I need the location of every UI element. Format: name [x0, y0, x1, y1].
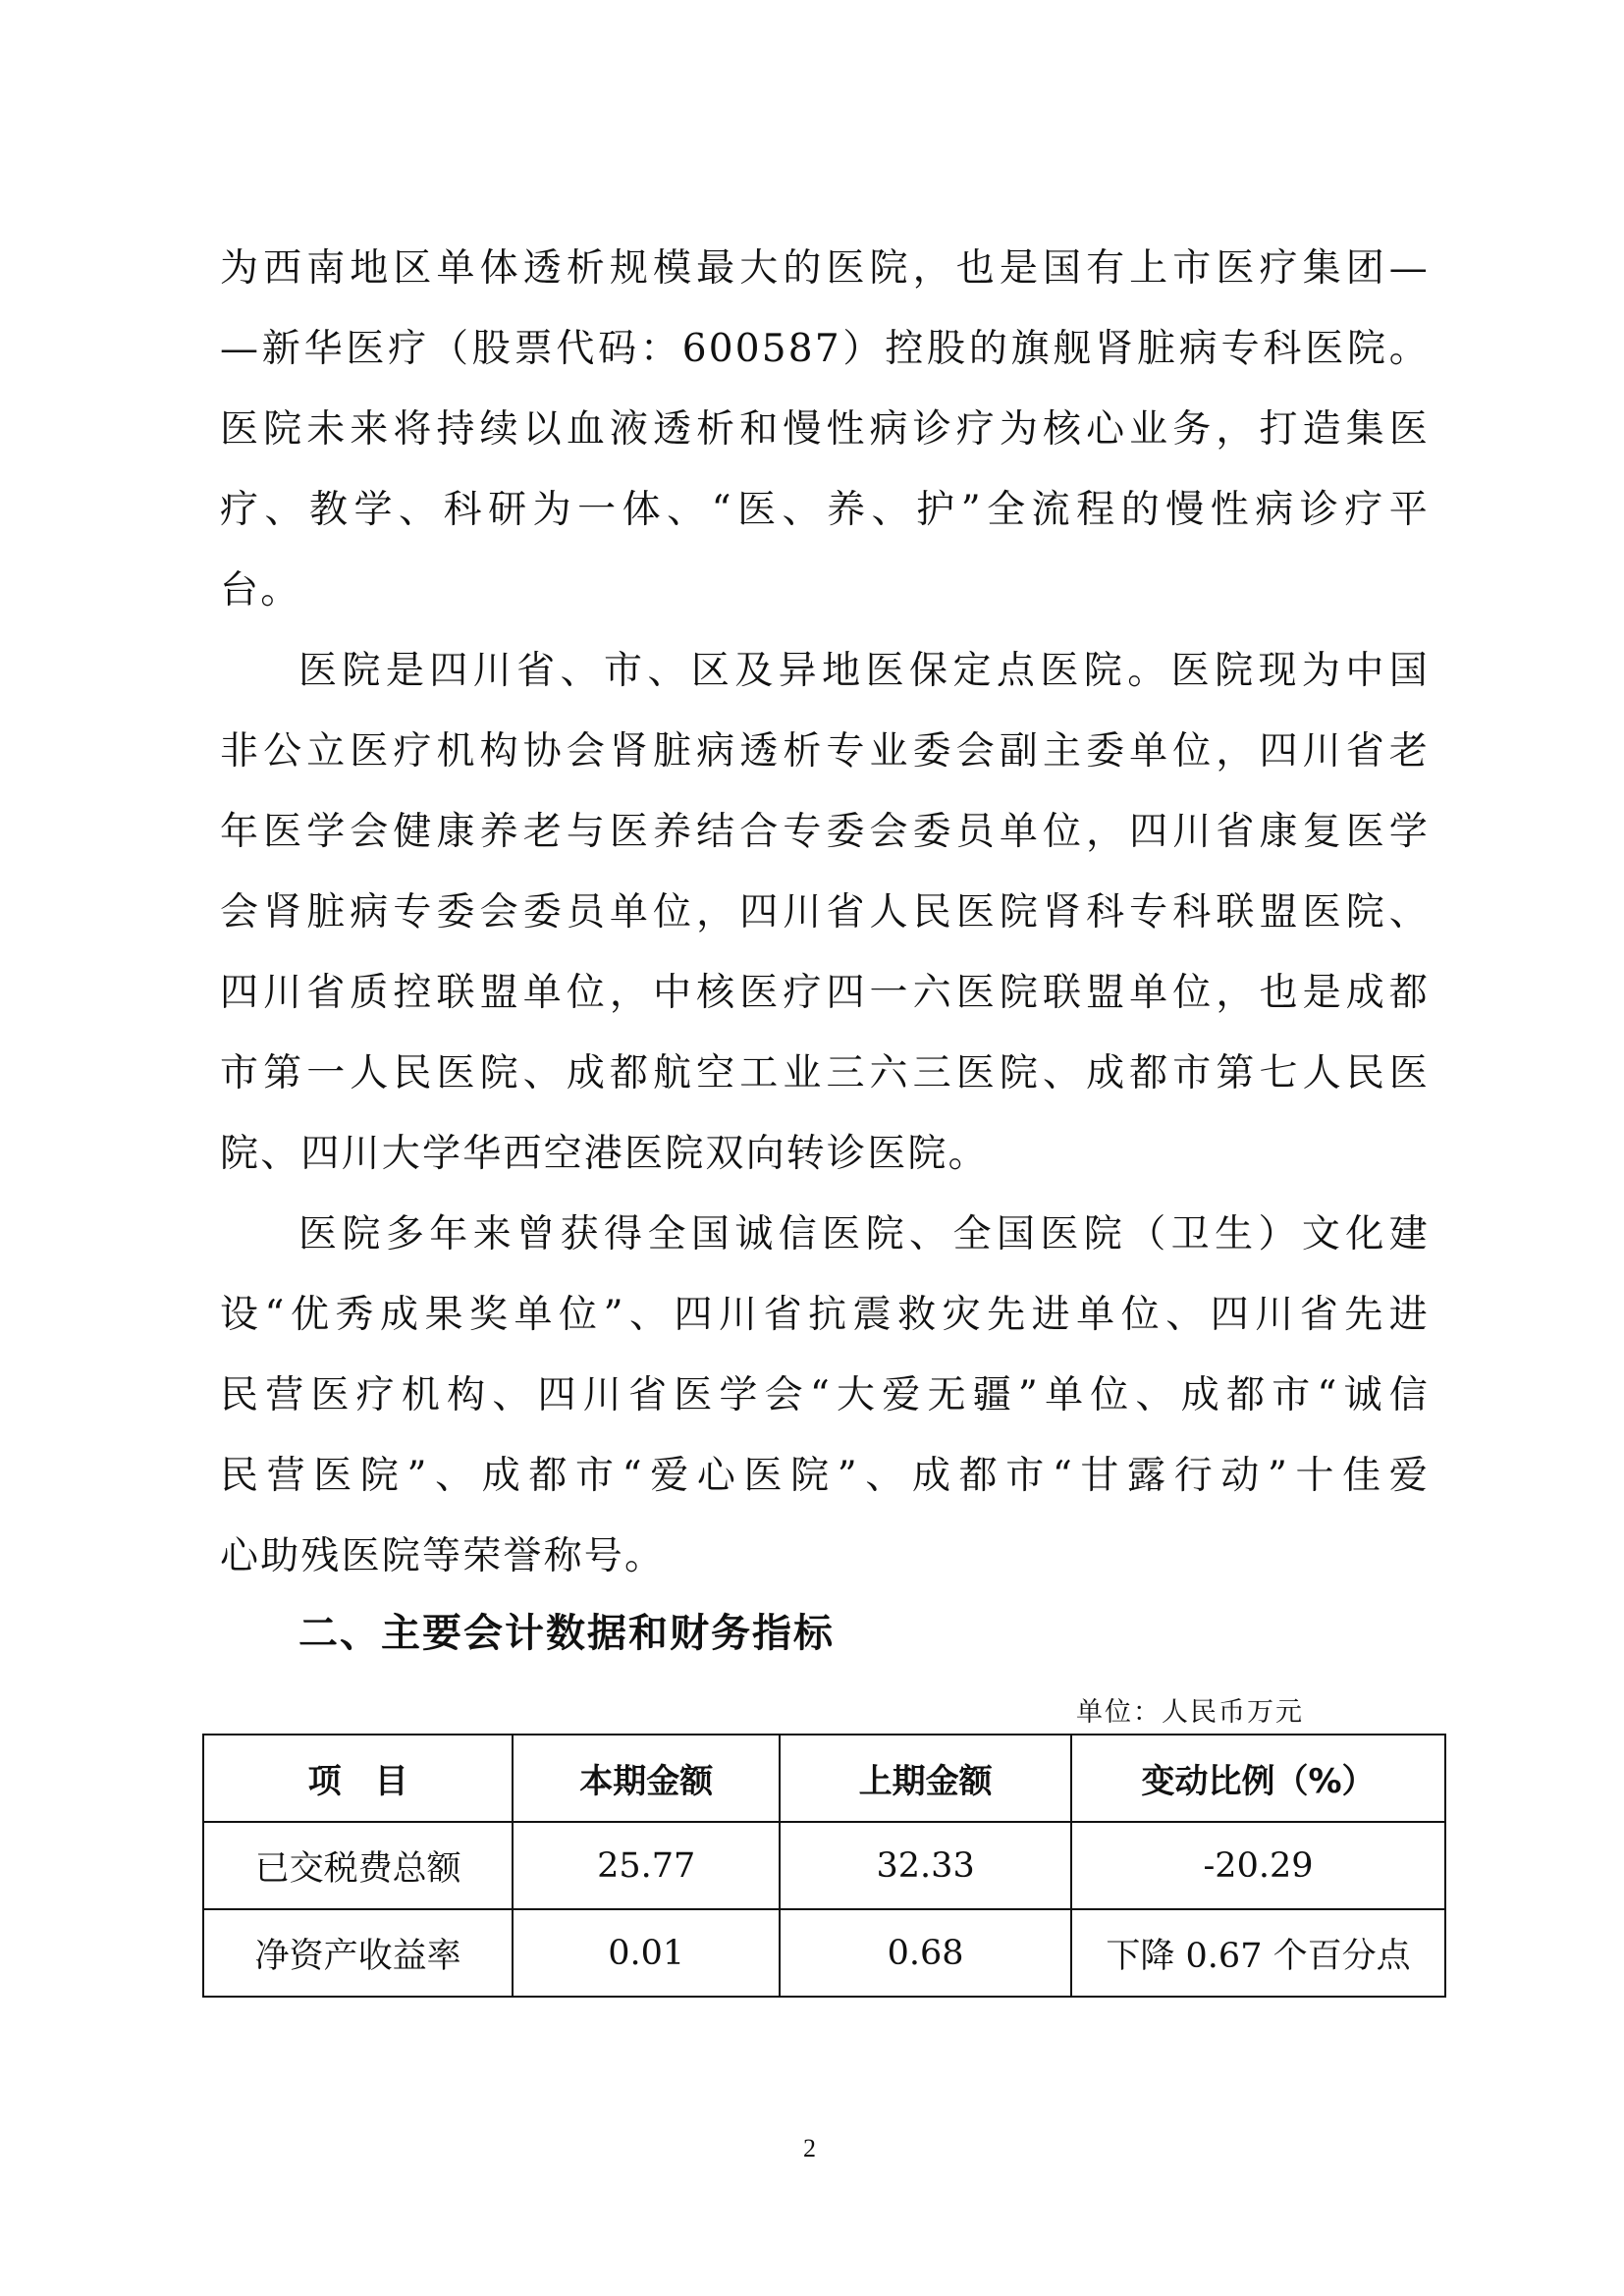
text-line: 市第一人民医院、成都航空工业三六三医院、成都市第七人民医 — [220, 1050, 1430, 1097]
text-line: 年医学会健康养老与医养结合专委会委员单位，四川省康复医学 — [220, 809, 1430, 856]
cell-item: 已交税费总额 — [203, 1822, 513, 1909]
text-line: 非公立医疗机构协会肾脏病透析专业委会副主委单位，四川省老 — [220, 728, 1430, 775]
text-line: —新华医疗（股票代码：600587）控股的旗舰肾脏病专科医院。 — [220, 326, 1430, 373]
text-line: 心助残医院等荣誉称号。 — [220, 1533, 1430, 1580]
column-header-current: 本期金额 — [513, 1735, 780, 1822]
column-header-previous: 上期金额 — [780, 1735, 1071, 1822]
page-number: 2 — [803, 2134, 816, 2163]
table-header-row: 项 目 本期金额 上期金额 变动比例（%） — [203, 1735, 1445, 1822]
text-line: 会肾脏病专委会委员单位，四川省人民医院肾科专科联盟医院、 — [220, 889, 1430, 936]
cell-current: 25.77 — [513, 1822, 780, 1909]
text-line: 设“优秀成果奖单位”、四川省抗震救灾先进单位、四川省先进 — [220, 1292, 1430, 1339]
cell-previous: 0.68 — [780, 1909, 1071, 1997]
text-line: 疗、教学、科研为一体、“医、养、护”全流程的慢性病诊疗平 — [220, 487, 1430, 534]
table-row: 净资产收益率 0.01 0.68 下降 0.67 个百分点 — [203, 1909, 1445, 1997]
unit-label: 单位：人民币万元 — [1076, 1690, 1304, 1729]
text-line: 四川省质控联盟单位，中核医疗四一六医院联盟单位，也是成都 — [220, 970, 1430, 1017]
cell-change: -20.29 — [1071, 1822, 1445, 1909]
text-line: 院、四川大学华西空港医院双向转诊医院。 — [220, 1131, 1430, 1178]
financial-table: 项 目 本期金额 上期金额 变动比例（%） 已交税费总额 25.77 32.33… — [202, 1734, 1446, 1998]
cell-current: 0.01 — [513, 1909, 780, 1997]
table-row: 已交税费总额 25.77 32.33 -20.29 — [203, 1822, 1445, 1909]
cell-previous: 32.33 — [780, 1822, 1071, 1909]
text-line: 医院多年来曾获得全国诚信医院、全国医院（卫生）文化建 — [298, 1211, 1430, 1258]
text-line: 为西南地区单体透析规模最大的医院，也是国有上市医疗集团— — [220, 245, 1430, 293]
text-line: 医院未来将持续以血液透析和慢性病诊疗为核心业务，打造集医 — [220, 406, 1430, 454]
column-header-change: 变动比例（%） — [1071, 1735, 1445, 1822]
text-line: 民营医疗机构、四川省医学会“大爱无疆”单位、成都市“诚信 — [220, 1372, 1430, 1419]
column-header-item: 项 目 — [203, 1735, 513, 1822]
text-line: 民营医院”、成都市“爱心医院”、成都市“甘露行动”十佳爱 — [220, 1453, 1430, 1500]
cell-item: 净资产收益率 — [203, 1909, 513, 1997]
text-line: 医院是四川省、市、区及异地医保定点医院。医院现为中国 — [298, 648, 1430, 695]
cell-change: 下降 0.67 个百分点 — [1071, 1909, 1445, 1997]
text-line: 台。 — [220, 567, 1430, 614]
section-heading: 二、主要会计数据和财务指标 — [298, 1602, 835, 1658]
